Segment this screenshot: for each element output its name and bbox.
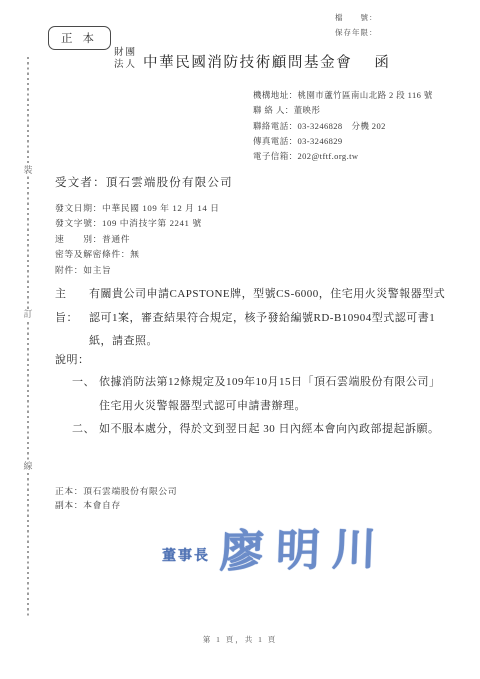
- distribution-original: 正本：頂石雲端股份有限公司: [55, 486, 177, 496]
- explanation-label: 說明：: [55, 351, 90, 367]
- page-number-footer: 第 1 頁，共 1 頁: [0, 634, 480, 645]
- delivery-speed: 速 別：普通件: [55, 234, 130, 244]
- contact-person: 聯 絡 人：董映彤: [253, 105, 320, 115]
- binding-char-xian: 線: [22, 461, 35, 472]
- archive-number-label: 檔 號：: [335, 13, 378, 22]
- explanation-item-1: 一、 依據消防法第12條規定及109年10月15日「頂石雲端股份有限公司」住宅用…: [72, 371, 444, 418]
- explanation-item-1-no: 一、: [72, 371, 99, 395]
- distribution-block: 正本：頂石雲端股份有限公司 副本：本會自存: [55, 485, 177, 512]
- doc-type: 函: [374, 51, 389, 73]
- org-prefix: 財團 法人: [114, 48, 137, 73]
- file-labels: 檔 號： 保存年限：: [335, 10, 378, 40]
- explanation-item-2-no: 二、: [72, 418, 99, 442]
- binding-char-ding: 訂: [22, 309, 35, 320]
- doc-number: 發文字號：109 中消技字第 2241 號: [55, 218, 202, 228]
- org-prefix-line2: 法人: [114, 60, 137, 72]
- binding-char-zhuang: 裝: [22, 165, 35, 176]
- explanation-item-2: 二、 如不服本處分，得於文到翌日起 30 日內經本會向內政部提起訴願。: [72, 418, 444, 442]
- contact-email: 電子信箱：202@tftf.org.tw: [253, 151, 358, 161]
- official-letter-page: 檔 號： 保存年限： 正本 財團 法人 中華民國消防技術顧問基金會 函 機構地址…: [0, 0, 480, 679]
- org-prefix-line1: 財團: [114, 48, 137, 60]
- explanation-item-2-text: 如不服本處分，得於文到翌日起 30 日內經本會向內政部提起訴願。: [99, 418, 444, 442]
- issue-date: 發文日期：中華民國 109 年 12 月 14 日: [55, 203, 220, 213]
- subject-text: 有關貴公司申請CAPSTONE牌，型號CS-6000，住宅用火災警報器型式認可1…: [89, 283, 447, 354]
- distribution-copy: 副本：本會自存: [55, 500, 121, 510]
- letter-title: 財團 法人 中華民國消防技術顧問基金會 函: [114, 48, 389, 73]
- contact-address: 機構地址：桃園市蘆竹區南山北路 2 段 116 號: [253, 90, 433, 100]
- original-copy-stamp: 正本: [48, 26, 111, 50]
- doc-meta-block: 發文日期：中華民國 109 年 12 月 14 日 發文字號：109 中消技字第…: [55, 201, 220, 278]
- binding-dotted-line: [27, 57, 29, 617]
- contact-block: 機構地址：桃園市蘆竹區南山北路 2 段 116 號 聯 絡 人：董映彤 聯絡電話…: [253, 88, 433, 164]
- security-class: 密等及解密條件：無: [55, 249, 140, 259]
- recipient-line: 受文者：頂石雲端股份有限公司: [55, 174, 233, 190]
- org-name: 中華民國消防技術顧問基金會: [143, 51, 352, 73]
- signature-block: 董事長 廖明川: [162, 514, 388, 578]
- chairman-title-stamp: 董事長: [162, 545, 210, 565]
- contact-phone: 聯絡電話：03-3246828 分機 202: [253, 121, 386, 131]
- subject-section: 主旨： 有關貴公司申請CAPSTONE牌，型號CS-6000，住宅用火災警報器型…: [55, 283, 447, 354]
- contact-fax: 傳真電話：03-3246829: [253, 136, 343, 146]
- explanation-item-1-text: 依據消防法第12條規定及109年10月15日「頂石雲端股份有限公司」住宅用火災警…: [99, 371, 444, 418]
- chairman-name-signature: 廖明川: [219, 513, 389, 580]
- subject-label: 主旨：: [55, 283, 89, 330]
- retention-period-label: 保存年限：: [335, 28, 378, 37]
- attachment-note: 附件：如主旨: [55, 265, 111, 275]
